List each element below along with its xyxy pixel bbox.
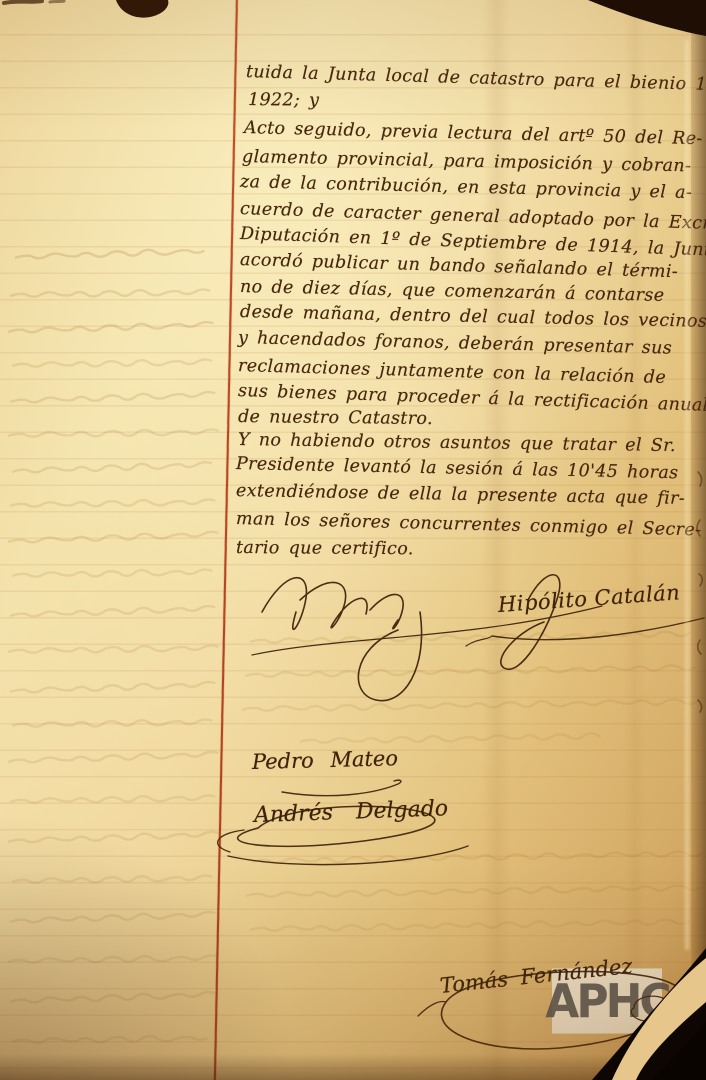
ghost-writing-line <box>8 645 219 654</box>
bottom-edge-shadow <box>0 1054 706 1080</box>
ghost-writing-line <box>8 531 219 544</box>
ghost-writing-line <box>10 289 210 298</box>
manuscript-photo: tuida la Junta local de catastro para el… <box>0 0 706 1080</box>
ghost-writing-line <box>8 955 219 964</box>
ghost-writing-line <box>10 795 215 804</box>
ghost-writing-line <box>10 911 215 924</box>
ghost-writing-line <box>12 569 212 578</box>
manuscript-line: y hacendados foranos, deberán presentar … <box>238 328 673 360</box>
ghost-writing-line <box>12 875 212 884</box>
ink-blot <box>116 0 168 18</box>
ghost-writing-line <box>8 429 219 438</box>
manuscript-line: Y no habiendo otros asuntos que tratar e… <box>238 430 676 457</box>
manuscript-line: de nuestro Catastro. <box>238 407 433 430</box>
ghost-writing-line <box>10 681 215 694</box>
manuscript-line: extendiéndose de ella la presente acta q… <box>236 481 685 510</box>
signature-hipolito-catalan: Hipólito Catalán <box>497 580 681 617</box>
ghost-writing-line <box>12 359 212 368</box>
top-edge-ink-marks <box>4 1 64 3</box>
ghost-writing-line <box>10 499 215 508</box>
red-margin-line <box>214 0 239 1080</box>
ghost-writing-line <box>15 248 205 260</box>
binding-shadow <box>691 0 706 1080</box>
ghost-writing-line <box>12 461 212 473</box>
ghost-writing-line <box>8 321 213 334</box>
manuscript-line: tario que certifico. <box>236 538 414 560</box>
manuscript-line: 1922; y <box>248 90 320 112</box>
ghost-writing-line <box>8 831 219 844</box>
top-right-corner-shadow <box>588 0 706 36</box>
page-edge-highlight <box>685 40 689 950</box>
ghost-writing-line <box>10 391 215 404</box>
ghost-writing-line <box>12 719 212 728</box>
manuscript-line: Presidente levantó la sesión á las 10'45… <box>236 454 679 484</box>
signature-andres-delgado: Andrés Delgado <box>254 796 449 828</box>
ghost-writing-line <box>300 733 600 744</box>
ghost-writing-line <box>10 991 215 1004</box>
ghost-writing-line <box>12 1035 208 1044</box>
ghost-writing-line <box>8 751 219 764</box>
signature-pedro-mateo: Pedro Mateo <box>252 746 399 774</box>
ghost-writing-line <box>10 605 215 618</box>
